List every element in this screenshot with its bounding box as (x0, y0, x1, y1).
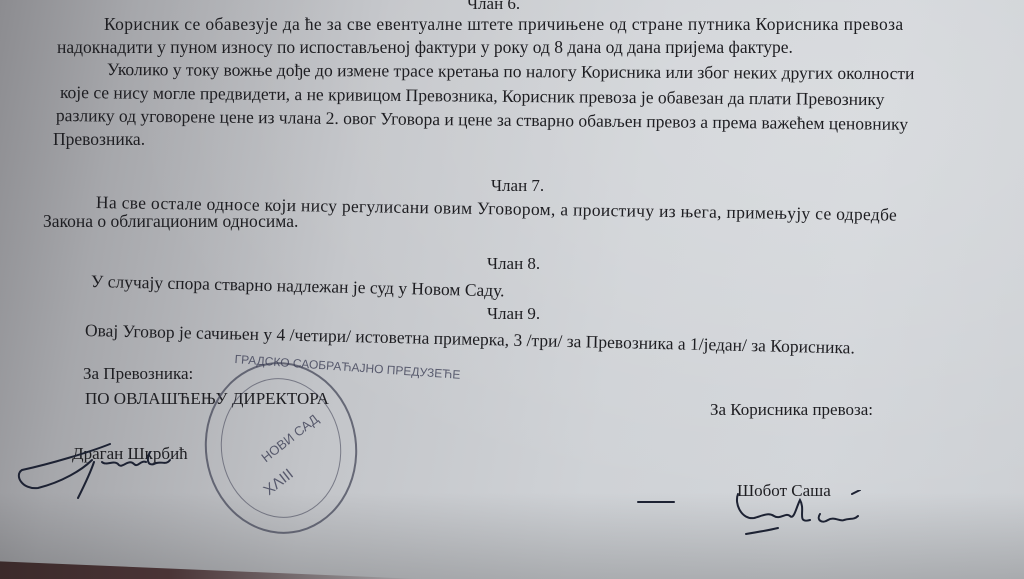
article-6-line: које се нису могле предвидети, а не крив… (60, 82, 885, 109)
article-6-line: надокнадити у пуном износу по испоставље… (57, 37, 793, 57)
user-signature (630, 490, 910, 540)
carrier-signature (10, 430, 180, 510)
document-photo: Члан 6. Корисник се обавезује да ће за с… (0, 0, 1024, 579)
article-6-line: Уколико у току вожње дође до измене трас… (107, 59, 915, 83)
article-6-line: разлику од уговорене цене из члана 2. ов… (56, 105, 908, 134)
article-8-line: У случају спора стварно надлежан је суд … (91, 271, 505, 300)
company-stamp: ГРАДСКО САОБРАЋАЈНО ПРЕДУЗЕЋЕ НОВИ САД X… (194, 352, 368, 543)
carrier-signature-label: За Превозника: (83, 364, 193, 384)
article-6-heading: Члан 6. (467, 0, 520, 14)
page-edge-shadow (0, 557, 420, 579)
user-signature-label: За Корисника превоза: (710, 400, 873, 420)
article-7-line: Закона о облигационим односима. (43, 211, 298, 231)
article-6-line: Корисник се обавезује да ће за све евент… (104, 14, 904, 34)
article-6-line: Превозника. (53, 129, 145, 149)
article-9-heading: Члан 9. (487, 304, 540, 324)
article-9-line: Овај Уговор је сачињен у 4 /четири/ исто… (85, 320, 855, 357)
article-7-heading: Члан 7. (491, 176, 544, 196)
article-8-heading: Члан 8. (487, 254, 540, 274)
stamp-ring-text: ГРАДСКО САОБРАЋАЈНО ПРЕДУЗЕЋЕ (234, 352, 461, 382)
